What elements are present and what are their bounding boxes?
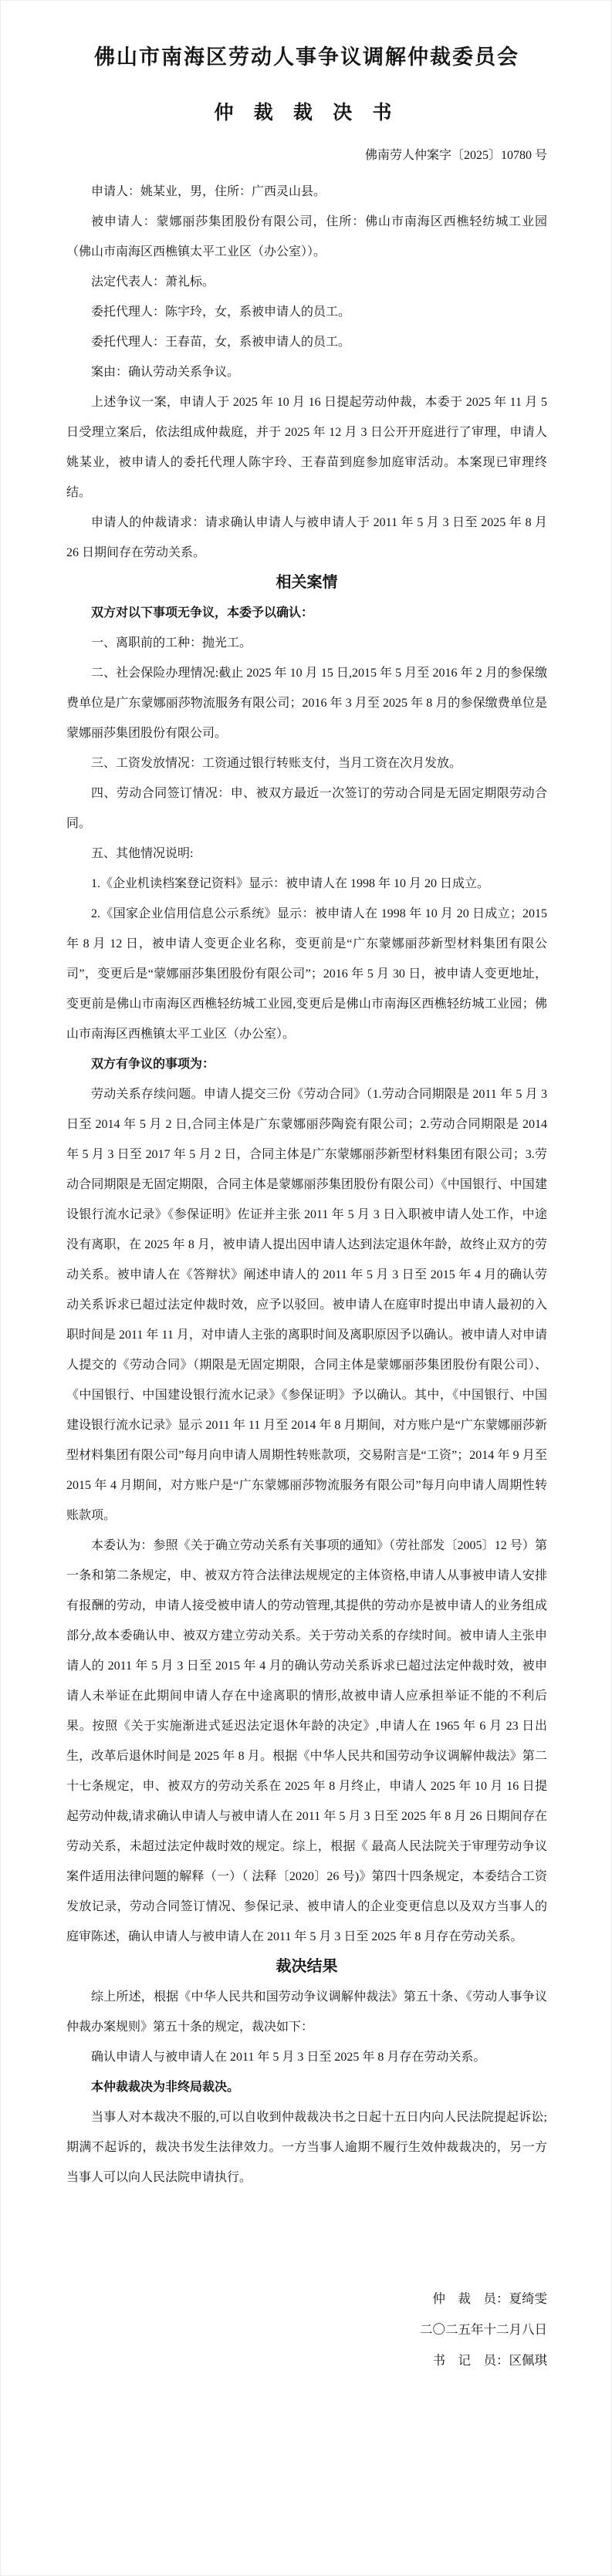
paragraph-agent-2: 委托代理人：王春苗，女，系被申请人的员工。 [66,327,547,357]
document-type-title: 仲 裁 裁 决 书 [66,101,547,126]
paragraph-applicant: 申请人：姚某业，男，住所：广西灵山县。 [66,177,547,207]
paragraph-appeal-rights: 当事人对本裁决不服的,可以自收到仲裁裁决书之日起十五日内向人民法院提起诉讼; 期… [66,2102,547,2193]
paragraph-ruling-basis: 综上所述，根据《中华人民共和国劳动争议调解仲裁法》第五十条、《劳动人事争议仲裁办… [66,1982,547,2042]
signature-block: 仲 裁 员：夏绮雯 二〇二五年十二月八日 书 记 员：区佩琪 [66,2284,547,2376]
paragraph-agent-1: 委托代理人：陈宇玲，女，系被申请人的员工。 [66,297,547,327]
paragraph-committee-opinion: 本委认为：参照《关于确立劳动关系有关事项的通知》（劳社部发〔2005〕12 号）… [66,1531,547,1952]
arbitrator-signature: 仲 裁 员：夏绮雯 [66,2284,547,2314]
paragraph-non-final-statement: 本仲裁裁决为非终局裁决。 [66,2072,547,2102]
paragraph-legal-representative: 法定代表人：萧礼标。 [66,267,547,297]
paragraph-disputed-intro: 双方有争议的事项为： [66,1049,547,1079]
paragraph-fact-enterprise-archive: 1.《企业机读档案登记资料》显示：被申请人在 1998 年 10 月 20 日成… [66,869,547,899]
section-heading-ruling: 裁决结果 [66,1952,547,1982]
decision-date: 二〇二五年十二月八日 [66,2314,547,2345]
paragraph-fact-job-type: 一、离职前的工种：抛光工。 [66,628,547,658]
paragraph-fact-social-insurance: 二、社会保险办理情况:截止 2025 年 10 月 15 日,2015 年 5 … [66,658,547,748]
paragraph-ruling-confirmation: 确认申请人与被申请人在 2011 年 5 月 3 日至 2025 年 8 月存在… [66,2042,547,2072]
clerk-signature: 书 记 员：区佩琪 [66,2345,547,2376]
paragraph-cause-of-action: 案由：确认劳动关系争议。 [66,357,547,387]
section-heading-facts: 相关案情 [66,568,547,598]
paragraph-fact-other-notes: 五、其他情况说明: [66,839,547,869]
paragraph-arbitration-claim: 申请人的仲裁请求：请求确认申请人与被申请人于 2011 年 5 月 3 日至 2… [66,508,547,568]
paragraph-fact-labor-contract: 四、劳动合同签订情况：申、被双方最近一次签订的劳动合同是无固定期限劳动合同。 [66,778,547,839]
paragraph-undisputed-intro: 双方对以下事项无争议，本委予以确认： [66,598,547,628]
paragraph-procedure-history: 上述争议一案，申请人于 2025 年 10 月 16 日提起劳动仲裁，本委于 2… [66,387,547,508]
paragraph-dispute-details: 劳动关系存续问题。申请人提交三份《劳动合同》（1.劳动合同期限是 2011 年 … [66,1079,547,1531]
committee-title: 佛山市南海区劳动人事争议调解仲裁委员会 [66,44,547,70]
paragraph-fact-wage-payment: 三、工资发放情况：工资通过银行转账支付，当月工资在次月发放。 [66,748,547,778]
case-number: 佛南劳人仲案字〔2025〕10780 号 [66,147,547,164]
paragraph-fact-credit-system: 2.《国家企业信用信息公示系统》显示：被申请人在 1998 年 10 月 20 … [66,899,547,1049]
arbitration-decision-page: 佛山市南海区劳动人事争议调解仲裁委员会 仲 裁 裁 决 书 佛南劳人仲案字〔20… [0,0,612,2576]
paragraph-respondent: 被申请人：蒙娜丽莎集团股份有限公司，住所：佛山市南海区西樵轻纺城工业园（佛山市南… [66,207,547,267]
